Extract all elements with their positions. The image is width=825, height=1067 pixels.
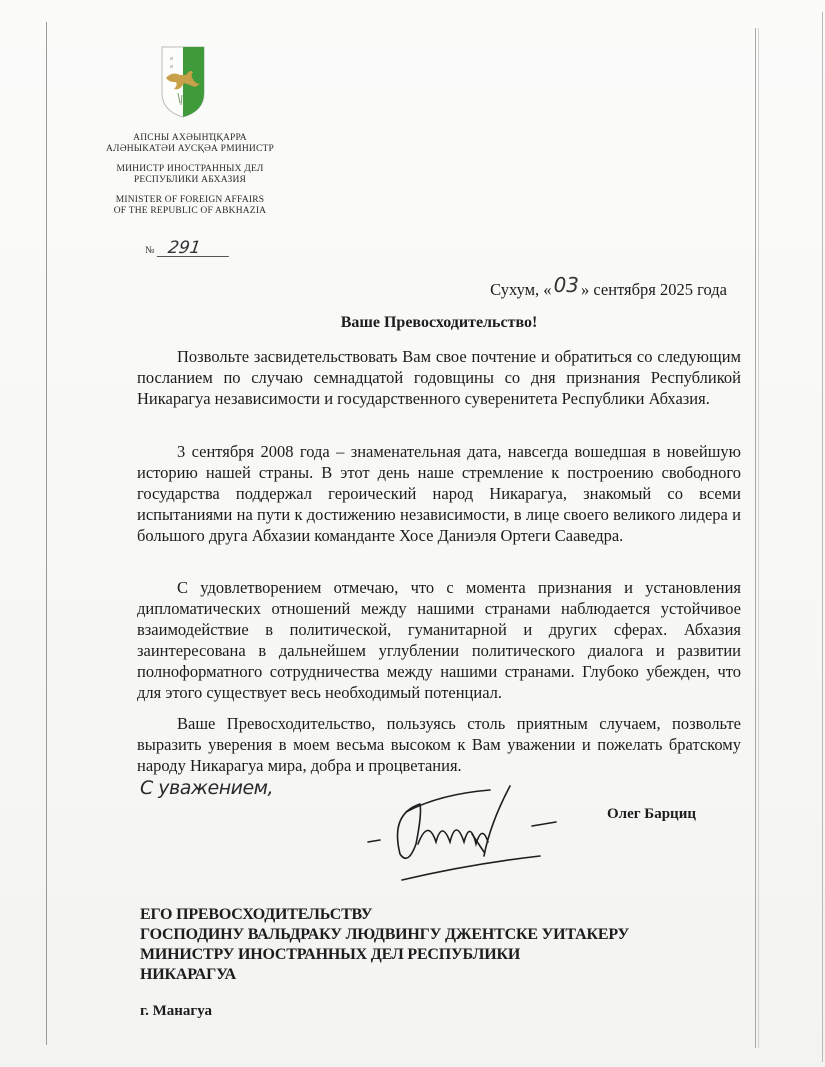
paragraph-4: Ваше Превосходительство, пользуясь столь… bbox=[137, 713, 741, 776]
letterhead-abkhaz-line1: АПСНЫ АХӘЫНҴҚАРРА bbox=[90, 133, 290, 144]
letterhead-russian: МИНИСТР ИНОСТРАННЫХ ДЕЛ РЕСПУБЛИКИ АБХАЗ… bbox=[90, 164, 290, 186]
registration-label: № bbox=[145, 245, 155, 256]
date-line: Сухум, «03» сентября 2025 года bbox=[490, 276, 727, 300]
addressee-line: ГОСПОДИНУ ВАЛЬДРАКУ ЛЮДВИНГУ ДЖЕНТСКЕ УИ… bbox=[140, 925, 629, 945]
signature-icon bbox=[360, 784, 590, 884]
letterhead-english: MINISTER OF FOREIGN AFFAIRS OF THE REPUB… bbox=[90, 195, 290, 217]
letterhead-russian-line2: РЕСПУБЛИКИ АБХАЗИЯ bbox=[90, 175, 290, 186]
page-edge-right bbox=[755, 28, 756, 1048]
coat-of-arms-icon bbox=[160, 45, 206, 119]
date-city: Сухум, « bbox=[490, 280, 551, 299]
addressee-line: МИНИСТРУ ИНОСТРАННЫХ ДЕЛ РЕСПУБЛИКИ bbox=[140, 945, 629, 965]
addressee-block: ЕГО ПРЕВОСХОДИТЕЛЬСТВУ ГОСПОДИНУ ВАЛЬДРА… bbox=[140, 905, 629, 985]
registration-value: 291 bbox=[156, 240, 230, 257]
page-edge-left bbox=[46, 22, 47, 1045]
registration-number: №291 bbox=[145, 240, 230, 257]
date-day-handwritten: 03 bbox=[552, 273, 581, 297]
letterhead-english-line2: OF THE REPUBLIC OF ABKHAZIA bbox=[90, 206, 290, 217]
letterhead-abkhaz-line2: АЛӘНЫКАТӘИ АУСҚӘА РМИНИСТР bbox=[90, 144, 290, 155]
salutation: Ваше Превосходительство! bbox=[137, 314, 741, 332]
paragraph-2: 3 сентября 2008 года – знаменательная да… bbox=[137, 441, 741, 546]
letterhead-english-line1: MINISTER OF FOREIGN AFFAIRS bbox=[90, 195, 290, 206]
addressee-line: НИКАРАГУА bbox=[140, 965, 629, 985]
paragraph-1: Позвольте засвидетельствовать Вам свое п… bbox=[137, 346, 741, 409]
page-edge-right-shadow bbox=[758, 28, 759, 1048]
addressee-city: г. Манагуа bbox=[140, 1003, 212, 1020]
page-edge-outer bbox=[822, 12, 823, 1062]
paragraph-3: С удовлетворением отмечаю, что с момента… bbox=[137, 577, 741, 703]
letterhead-russian-line1: МИНИСТР ИНОСТРАННЫХ ДЕЛ bbox=[90, 164, 290, 175]
date-rest: » сентября 2025 года bbox=[581, 280, 727, 299]
letter-page: АПСНЫ АХӘЫНҴҚАРРА АЛӘНЫКАТӘИ АУСҚӘА РМИН… bbox=[0, 0, 825, 1067]
letterhead-abkhaz: АПСНЫ АХӘЫНҴҚАРРА АЛӘНЫКАТӘИ АУСҚӘА РМИН… bbox=[90, 133, 290, 155]
signer-name: Олег Барциц bbox=[607, 806, 696, 823]
closing-handwritten: С уважением, bbox=[140, 777, 273, 799]
addressee-line: ЕГО ПРЕВОСХОДИТЕЛЬСТВУ bbox=[140, 905, 629, 925]
